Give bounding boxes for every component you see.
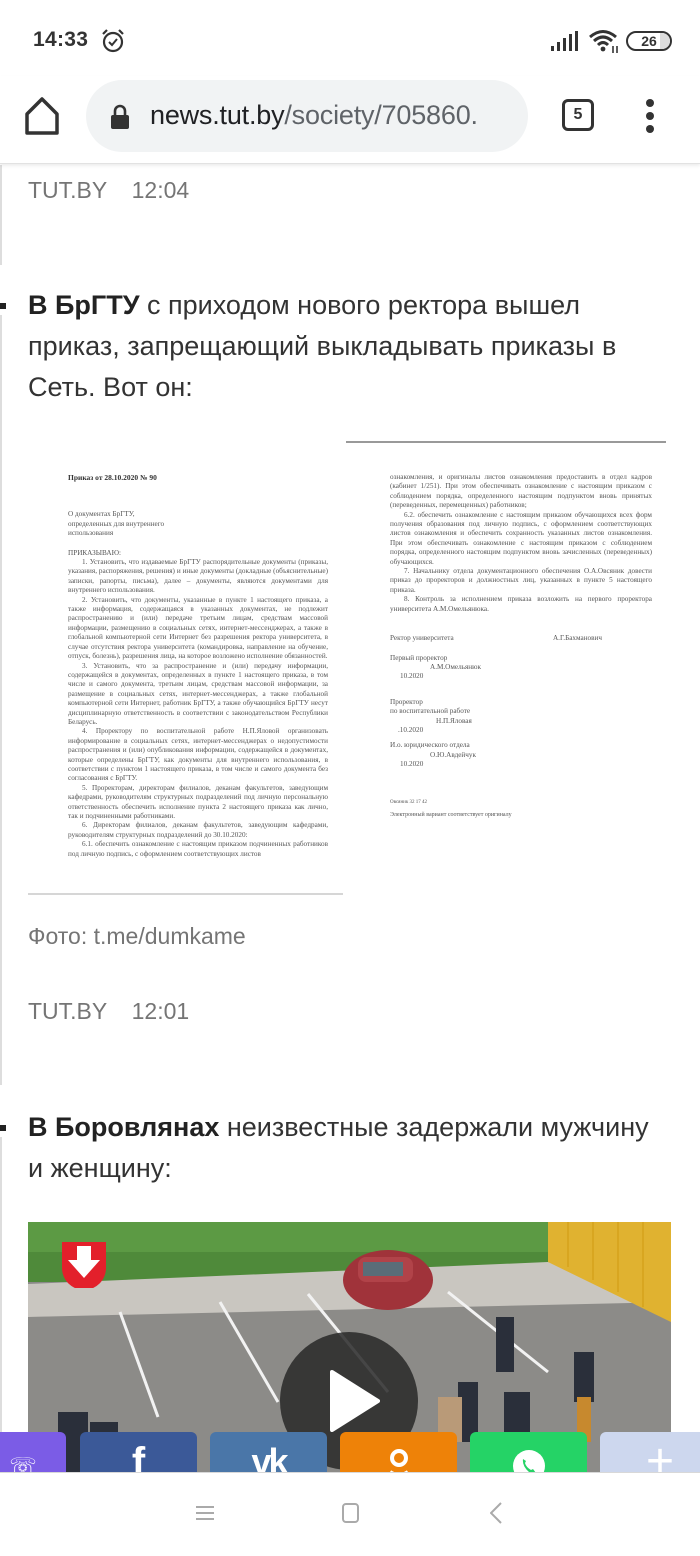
vk-icon: vk	[251, 1441, 285, 1472]
doc-paragraph: ознакомления, и оригиналы листов ознаком…	[390, 473, 652, 511]
headline-bold: В Боровлянах	[28, 1112, 219, 1142]
doc-paragraph: 6.2. обеспечить ознакомление с настоящим…	[390, 511, 652, 567]
headline-bold: В БрГТУ	[28, 290, 140, 320]
home-square-icon[interactable]	[342, 1503, 359, 1523]
image-caption: Фото: t.me/dumkame	[28, 923, 246, 950]
live-feed: TUT.BY 12:04 В БрГТУ с приходом нового р…	[0, 165, 700, 1472]
system-nav-bar	[0, 1473, 700, 1556]
document-image[interactable]: Приказ от 28.10.2020 № 90 О документах Б…	[28, 441, 670, 896]
entry-meta: TUT.BY 12:01	[28, 998, 189, 1025]
share-whatsapp-button[interactable]	[470, 1432, 587, 1472]
recent-apps-icon[interactable]	[196, 1505, 214, 1521]
battery-level: 26	[641, 33, 657, 49]
battery-indicator: 26	[626, 31, 672, 51]
entry-meta: TUT.BY 12:04	[28, 177, 189, 204]
address-bar[interactable]: news.tut.by/society/705860.	[86, 80, 528, 152]
timeline-marker	[0, 303, 6, 309]
approval-name: О.Ю.Авдейчук	[390, 751, 652, 760]
approval-role: Проректор по воспитательной работе	[390, 698, 652, 717]
rector-label: Ректор университета	[390, 634, 454, 643]
approval-role: Первый проректор	[390, 654, 652, 663]
alarm-clock-icon	[100, 28, 126, 54]
tutby-download-badge-icon	[60, 1240, 108, 1288]
timeline-line	[0, 315, 2, 1085]
doc-paragraph: 3. Установить, что за распространение и …	[68, 662, 328, 728]
url-path: /society/705860.	[284, 100, 477, 130]
doc-paragraph: 8. Контроль за исполнением приказа возло…	[390, 595, 652, 614]
doc-footer-note: Электронный вариант соответствует оригин…	[390, 811, 652, 820]
lock-icon	[110, 104, 130, 130]
share-facebook-button[interactable]: f	[80, 1432, 197, 1472]
doc-paragraph: 6.1. обеспечить ознакомление с настоящим…	[68, 840, 328, 859]
doc-paragraph: 5. Проректорам, директорам филиалов, дек…	[68, 784, 328, 822]
viber-icon: ☏	[9, 1453, 37, 1472]
document-page-left: Приказ от 28.10.2020 № 90 О документах Б…	[68, 473, 328, 859]
approval-date: .10.2020	[390, 726, 652, 735]
entry-source: TUT.BY	[28, 998, 107, 1024]
facebook-icon: f	[132, 1440, 145, 1472]
approval-name: Н.П.Яловая	[390, 717, 652, 726]
doc-paragraph: 6. Директорам филиалов, деканам факульте…	[68, 821, 328, 840]
doc-paragraph: 1. Установить, что издаваемые БрГТУ расп…	[68, 558, 328, 596]
back-chevron-icon[interactable]	[490, 1502, 502, 1524]
doc-executor: Овсяник 32 17 42	[390, 798, 652, 807]
timeline-marker	[0, 1125, 6, 1131]
tab-switcher-button[interactable]: 5	[562, 99, 594, 131]
status-bar: 14:33 26	[0, 0, 700, 76]
timeline-line	[0, 165, 2, 265]
entry-headline: В БрГТУ с приходом нового ректора вышел …	[28, 285, 668, 408]
browser-toolbar: news.tut.by/society/705860. 5	[0, 76, 700, 164]
share-vk-button[interactable]: vk	[210, 1432, 327, 1472]
document-page-right: ознакомления, и оригиналы листов ознаком…	[390, 473, 652, 820]
whatsapp-icon	[511, 1448, 547, 1472]
rector-name: А.Г.Бахманович	[553, 634, 602, 643]
entry-time: 12:04	[132, 177, 190, 203]
doc-paragraph: 2. Установить, что документы, указанные …	[68, 596, 328, 662]
approval-date: 10.2020	[390, 760, 652, 769]
url-domain: news.tut.by	[150, 100, 284, 130]
share-viber-button[interactable]: ☏	[0, 1432, 66, 1472]
doc-subject-line: определенных для внутреннего	[68, 520, 328, 529]
url-text[interactable]: news.tut.by/society/705860.	[150, 100, 478, 131]
cell-signal-icon	[551, 31, 579, 51]
approval-date: 10.2020	[390, 672, 652, 681]
approval-role: И.о. юридического отдела	[390, 741, 652, 750]
entry-headline: В Боровлянах неизвестные задержали мужчи…	[28, 1107, 668, 1189]
plus-icon: +	[646, 1435, 674, 1472]
wifi-icon	[588, 28, 620, 54]
approval-name: А.М.Омельянюк	[390, 663, 652, 672]
share-odnoklassniki-button[interactable]	[340, 1432, 457, 1472]
timeline-line	[0, 1137, 2, 1472]
status-time: 14:33	[33, 28, 88, 52]
doc-paragraph: 7. Начальнику отдела документационного о…	[390, 567, 652, 595]
share-bar: ☏ f vk +	[0, 1432, 700, 1472]
page-divider	[346, 441, 666, 443]
entry-source: TUT.BY	[28, 177, 107, 203]
odnoklassniki-icon	[387, 1448, 411, 1472]
doc-subject-line: О документах БрГТУ,	[68, 510, 328, 519]
doc-order-word: ПРИКАЗЫВАЮ:	[68, 549, 328, 558]
image-divider	[28, 893, 343, 895]
doc-paragraph: 4. Проректору по воспитательной работе Н…	[68, 727, 328, 783]
kebab-menu-icon[interactable]	[642, 96, 658, 136]
entry-time: 12:01	[132, 998, 190, 1024]
home-icon[interactable]	[24, 96, 60, 136]
doc-title: Приказ от 28.10.2020 № 90	[68, 473, 328, 482]
play-icon	[328, 1370, 380, 1432]
sharebar-edge	[0, 1472, 700, 1473]
share-more-button[interactable]: +	[600, 1432, 700, 1472]
doc-subject-line: использования	[68, 529, 328, 538]
